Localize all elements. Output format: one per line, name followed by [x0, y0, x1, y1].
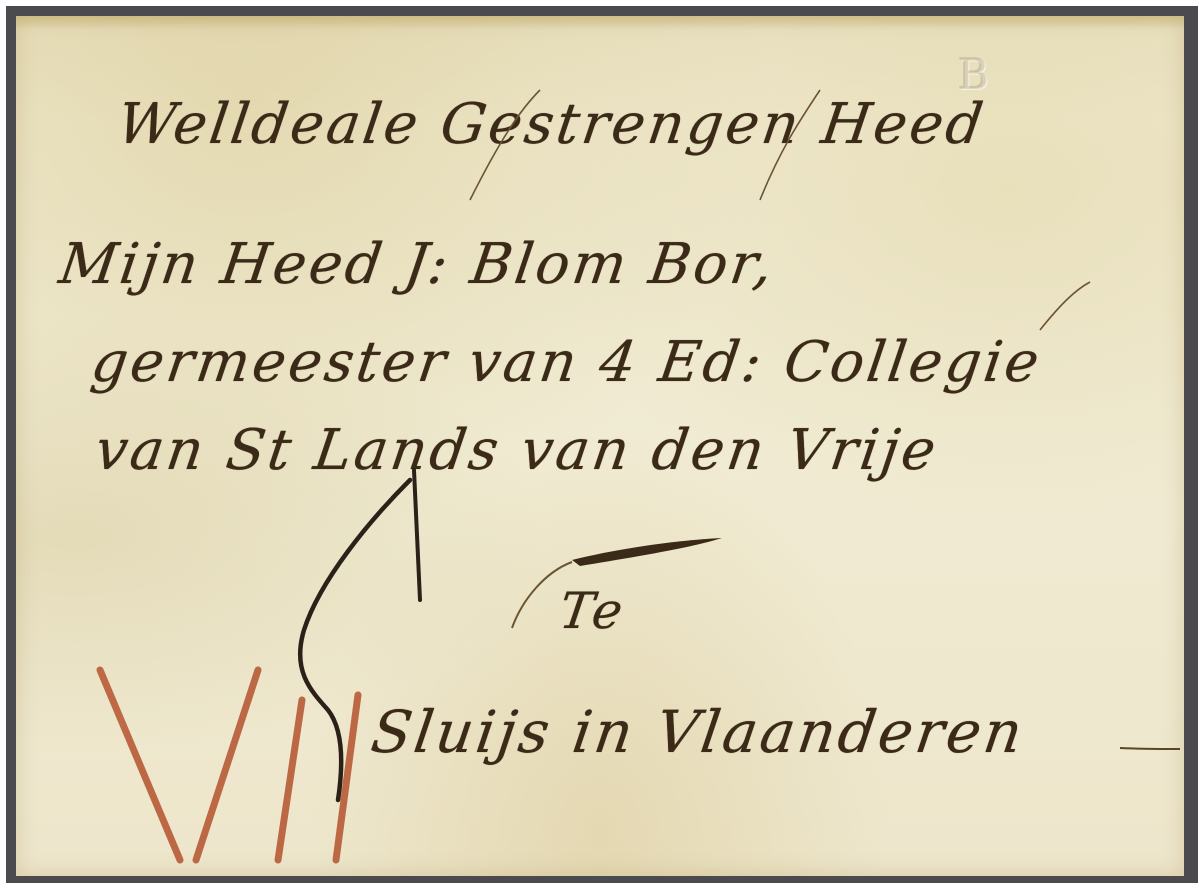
rate-mark-crayon-vii: VII — [88, 650, 388, 870]
svg-text:VII: VII — [88, 650, 112, 654]
address-line-1: Welldeale Gestrengen Heed — [113, 92, 989, 157]
address-line-3: germeester van 4 Ed: Collegie — [87, 330, 1045, 395]
address-line-2: Mijn Heed J: Blom Bor, — [55, 232, 779, 297]
svg-text:5: 5 — [280, 460, 290, 464]
